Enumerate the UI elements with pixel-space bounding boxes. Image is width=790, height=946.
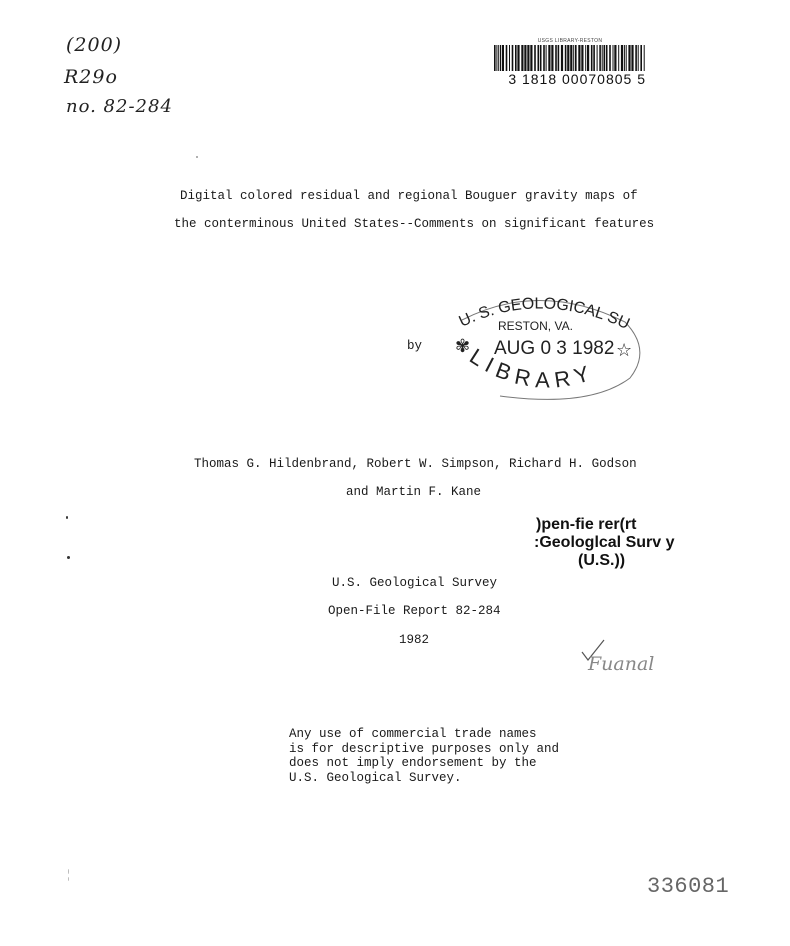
- scan-speck: [196, 156, 198, 158]
- report-number: Open-File Report 82-284: [328, 604, 501, 618]
- barcode-icon: [494, 45, 646, 71]
- handwritten-signature: Fuanal: [578, 638, 708, 678]
- disclaimer-line-3: does not imply endorsement by the: [289, 756, 559, 771]
- ofr-stamp-line-3: (U.S.)): [578, 552, 674, 570]
- disclaimer: Any use of commercial trade namesis for …: [289, 727, 559, 785]
- publisher-agency: U.S. Geological Survey: [332, 576, 497, 590]
- handwritten-note-report-number: no. 82-284: [66, 96, 173, 117]
- handwritten-note-200: (200): [66, 34, 122, 56]
- authors-line-1: Thomas G. Hildenbrand, Robert W. Simpson…: [194, 457, 637, 471]
- disclaimer-line-4: U.S. Geological Survey.: [289, 771, 559, 786]
- authors-line-2: and Martin F. Kane: [346, 485, 481, 499]
- scan-speck: [68, 877, 69, 881]
- barcode-number: 3 1818 00070805 5: [494, 71, 646, 87]
- publication-year: 1982: [399, 633, 429, 647]
- ofr-stamp-line-2: :Geologlcal Surv y: [534, 534, 674, 552]
- accession-number: 336081: [647, 874, 729, 899]
- document-title-line-1: Digital colored residual and regional Bo…: [180, 189, 638, 203]
- open-file-report-stamp: )pen-fie rer(rt :Geologlcal Surv y (U.S.…: [536, 516, 674, 570]
- by-label: by: [407, 339, 422, 353]
- disclaimer-line-1: Any use of commercial trade names: [289, 727, 559, 742]
- disclaimer-line-2: is for descriptive purposes only and: [289, 742, 559, 757]
- stamp-star-icon: ☆: [616, 340, 632, 361]
- library-received-stamp: U. S. GEOLOGICAL SURVEY RESTON, VA. AUG …: [440, 290, 645, 405]
- ofr-stamp-line-1: )pen-fie rer(rt: [536, 516, 674, 534]
- scan-speck: [68, 869, 69, 874]
- handwritten-note-r290: R29o: [64, 66, 118, 88]
- library-barcode: USGS LIBRARY-RESTON 3 1818 00070805 5: [494, 38, 646, 87]
- stamp-date: AUG 0 3 1982: [494, 338, 614, 359]
- document-title-line-2: the conterminous United States--Comments…: [174, 217, 654, 231]
- scan-speck: [66, 516, 68, 519]
- stamp-location: RESTON, VA.: [498, 319, 573, 333]
- signature-text: Fuanal: [587, 653, 654, 675]
- scan-speck: [67, 556, 70, 559]
- stamp-emblem-icon: ✾: [455, 336, 470, 357]
- barcode-caption: USGS LIBRARY-RESTON: [494, 38, 646, 45]
